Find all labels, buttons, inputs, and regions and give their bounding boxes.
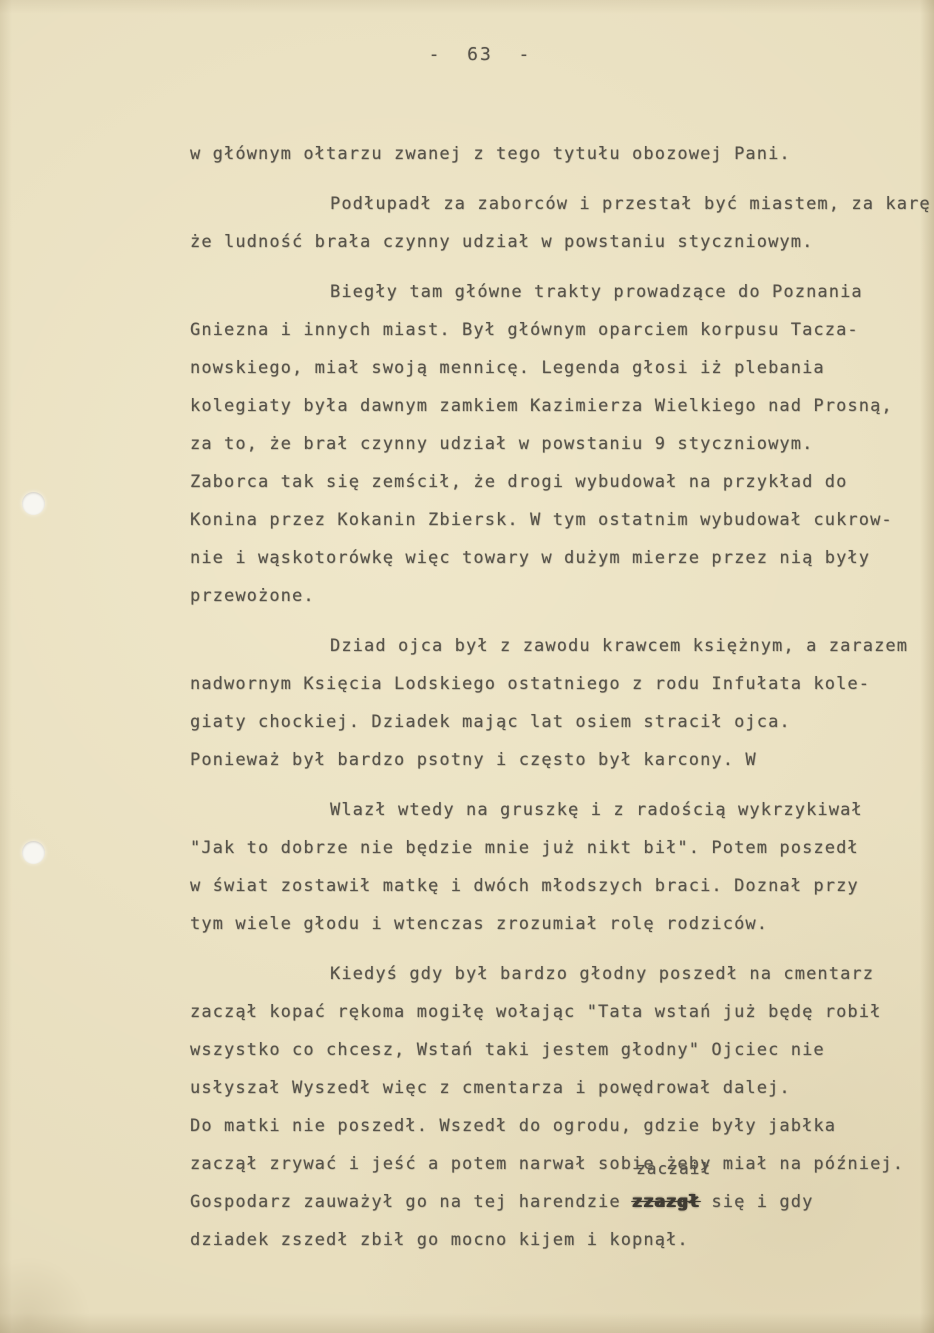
text-line: Gospodarz zauważył go na tej harendzie z… xyxy=(190,1183,920,1221)
typed-correction-above-line: zaczaił xyxy=(636,1161,711,1177)
text-line: Biegły tam główne trakty prowadzące do P… xyxy=(190,273,920,311)
text-line: tym wiele głodu i wtenczas zrozumiał rol… xyxy=(190,905,920,943)
text-lines: w głównym ołtarzu zwanej z tego tytułu o… xyxy=(190,135,920,1259)
text-line: Do matki nie poszedł. Wszedł do ogrodu, … xyxy=(190,1107,920,1145)
text-line: przewożone. xyxy=(190,577,920,615)
text-line: nie i wąskotorówkę więc towary w dużym m… xyxy=(190,539,920,577)
text-line: Gniezna i innych miast. Był głównym opar… xyxy=(190,311,920,349)
text-line: Dziad ojca był z zawodu krawcem księżnym… xyxy=(190,627,920,665)
text-line: Zaborca tak się zemścił, że drogi wybudo… xyxy=(190,463,920,501)
struck-out-word: zzazgł xyxy=(632,1192,700,1212)
text-line: Wlazł wtedy na gruszkę i z radością wykr… xyxy=(190,791,920,829)
text-line: giaty chockiej. Dziadek mając lat osiem … xyxy=(190,703,920,741)
hole-punch-top xyxy=(22,492,45,515)
text-line: usłyszał Wyszedł więc z cmentarza i powę… xyxy=(190,1069,920,1107)
text-line: że ludność brała czynny udział w powstan… xyxy=(190,223,920,261)
text-line: zaczął kopać rękoma mogiłę wołając "Tata… xyxy=(190,993,920,1031)
text-line: w głównym ołtarzu zwanej z tego tytułu o… xyxy=(190,135,920,173)
text-line: nadwornym Księcia Lodskiego ostatniego z… xyxy=(190,665,920,703)
text-line: wszystko co chcesz, Wstań taki jestem gł… xyxy=(190,1031,920,1069)
text-line: zaczął zrywać i jeść a potem narwał sobi… xyxy=(190,1145,920,1183)
text-segment: Gospodarz zauważył go na tej harendzie xyxy=(190,1192,632,1212)
hole-punch-bottom xyxy=(22,841,45,864)
text-segment: się i gdy xyxy=(700,1192,813,1212)
text-line: "Jak to dobrze nie będzie mnie już nikt … xyxy=(190,829,920,867)
text-line: Podłupadł za zaborców i przestał być mia… xyxy=(190,185,920,223)
correction-area: zaczaiłzzazgł xyxy=(632,1183,700,1221)
text-line: Kiedyś gdy był bardzo głodny poszedł na … xyxy=(190,955,920,993)
text-line: za to, że brał czynny udział w powstaniu… xyxy=(190,425,920,463)
text-line: kolegiaty była dawnym zamkiem Kazimierza… xyxy=(190,387,920,425)
page-number: - 63 - xyxy=(0,44,934,65)
text-line: dziadek zszedł zbił go mocno kijem i kop… xyxy=(190,1221,920,1259)
text-line: Konina przez Kokanin Zbiersk. W tym osta… xyxy=(190,501,920,539)
text-line: nowskiego, miał swoją mennicę. Legenda g… xyxy=(190,349,920,387)
text-line: w świat zostawił matkę i dwóch młodszych… xyxy=(190,867,920,905)
text-line: Ponieważ był bardzo psotny i często był … xyxy=(190,741,920,779)
scanned-document-page: - 63 - w głównym ołtarzu zwanej z tego t… xyxy=(0,0,934,1333)
